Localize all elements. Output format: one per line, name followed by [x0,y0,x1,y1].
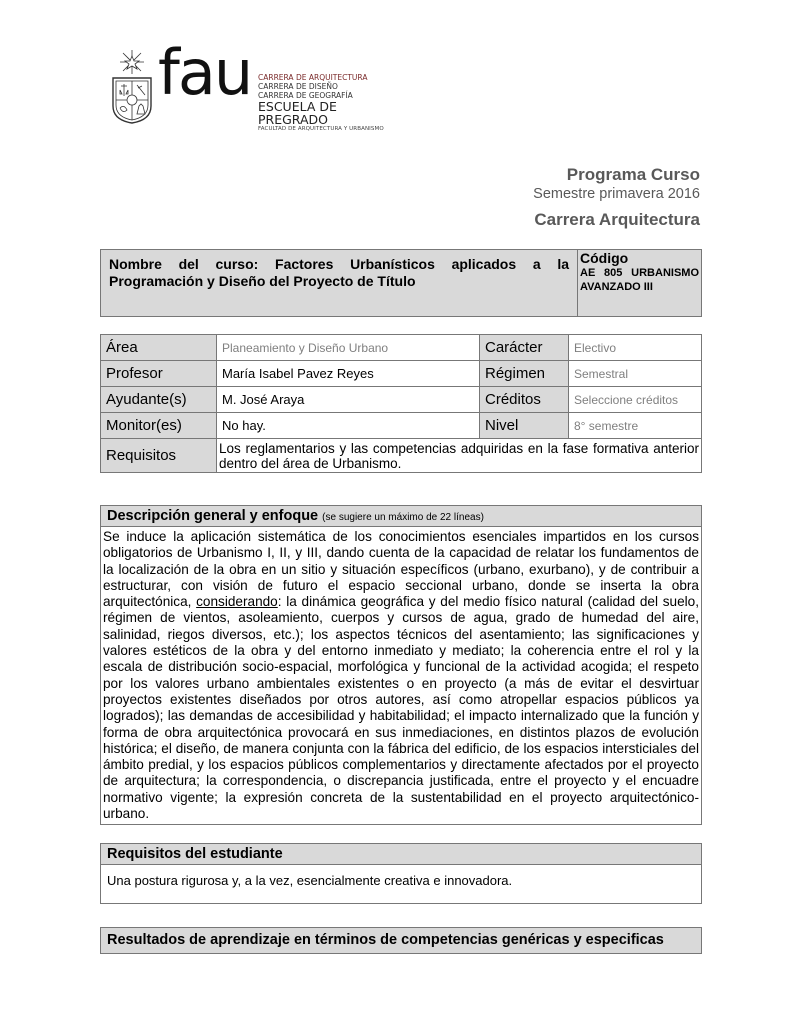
course-code-label: Código [580,251,699,266]
description-hint: (se sugiere un máximo de 22 líneas) [322,512,484,523]
caracter-value[interactable]: Electivo [569,335,702,361]
regimen-label: Régimen [480,361,569,387]
info-row-area: Área Planeamiento y Diseño Urbano Caráct… [101,335,702,361]
student-requirements-title: Requisitos del estudiante [101,844,701,865]
area-value[interactable]: Planeamiento y Diseño Urbano [217,335,480,361]
creditos-value[interactable]: Seleccione créditos [569,387,702,413]
profesor-value[interactable]: María Isabel Pavez Reyes [217,361,480,387]
course-code: AE 805 URBANISMO AVANZADO III [580,266,699,294]
university-crest-icon [110,48,154,124]
learning-outcomes-section: Resultados de aprendizaje en términos de… [100,927,702,954]
description-text-part2: : la dinámica geográfica y del medio fís… [103,594,699,821]
course-info-table: Área Planeamiento y Diseño Urbano Caráct… [100,334,702,473]
ayudante-label: Ayudante(s) [101,387,217,413]
creditos-label: Créditos [480,387,569,413]
description-header: Descripción general y enfoque (se sugier… [101,506,701,527]
info-row-ayudante: Ayudante(s) M. José Araya Créditos Selec… [101,387,702,413]
area-label: Área [101,335,217,361]
logo-text: CARRERA DE ARQUITECTURA CARRERA DE DISEÑ… [258,73,400,133]
career-label: Carrera Arquitectura [534,210,700,230]
course-code-cell: Código AE 805 URBANISMO AVANZADO III [578,250,701,316]
logo-line-escuela: ESCUELA DE PREGRADO [258,100,400,126]
ayudante-value[interactable]: M. José Araya [217,387,480,413]
fau-wordmark: fau [158,42,251,104]
logo-line-facultad: FACULTAD DE ARQUITECTURA Y URBANISMO [258,126,400,133]
description-underlined-word: considerando [196,594,278,609]
info-row-profesor: Profesor María Isabel Pavez Reyes Régime… [101,361,702,387]
nivel-label: Nivel [480,413,569,439]
semester-label: Semestre primavera 2016 [533,186,700,202]
regimen-value[interactable]: Semestral [569,361,702,387]
fau-logo: fau CARRERA DE ARQUITECTURA CARRERA DE D… [110,48,400,128]
info-row-monitor: Monitor(es) No hay. Nivel 8° semestre [101,413,702,439]
monitor-value[interactable]: No hay. [217,413,480,439]
course-name-box: Nombre del curso: Factores Urbanísticos … [100,249,702,317]
page-title: Programa Curso [567,165,700,185]
caracter-label: Carácter [480,335,569,361]
requisitos-value[interactable]: Los reglamentarios y las competencias ad… [217,439,702,473]
logo-line-diseno: CARRERA DE DISEÑO [258,82,400,91]
requisitos-label: Requisitos [101,439,217,473]
monitor-label: Monitor(es) [101,413,217,439]
description-title: Descripción general y enfoque [107,508,318,524]
logo-line-arquitectura: CARRERA DE ARQUITECTURA [258,73,400,82]
student-requirements-section: Requisitos del estudiante Una postura ri… [100,843,702,904]
description-body[interactable]: Se induce la aplicación sistemática de l… [101,527,701,824]
learning-outcomes-title: Resultados de aprendizaje en términos de… [101,928,701,953]
description-section: Descripción general y enfoque (se sugier… [100,505,702,825]
course-name-cell: Nombre del curso: Factores Urbanísticos … [101,250,578,316]
nivel-value[interactable]: 8° semestre [569,413,702,439]
student-requirements-text[interactable]: Una postura rigurosa y, a la vez, esenci… [101,865,701,903]
info-row-requisitos: Requisitos Los reglamentarios y las comp… [101,439,702,473]
profesor-label: Profesor [101,361,217,387]
course-name-label: Nombre del curso: [109,256,258,272]
